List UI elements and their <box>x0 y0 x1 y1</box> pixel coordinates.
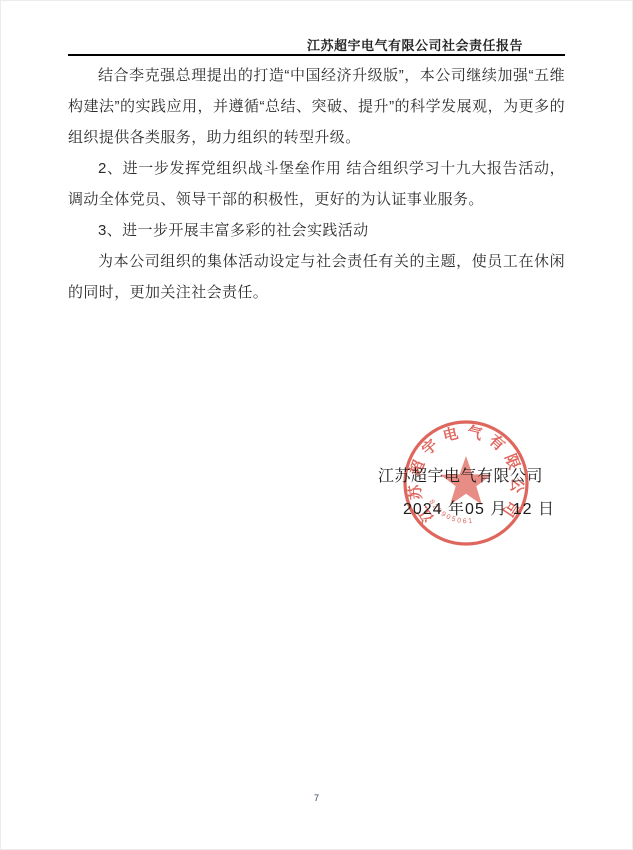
header-rule <box>68 54 565 56</box>
document-page: 江苏超宇电气有限公司社会责任报告 结合李克强总理提出的打造“中国经济升级版”，本… <box>0 0 633 850</box>
signature-date: 2024 年05 月 12 日 <box>403 496 555 519</box>
paragraph: 结合李克强总理提出的打造“中国经济升级版”，本公司继续加强“五维构建法”的实践应… <box>68 60 565 153</box>
paragraph: 3、进一步开展丰富多彩的社会实践活动 <box>68 215 565 246</box>
body-text: 结合李克强总理提出的打造“中国经济升级版”，本公司继续加强“五维构建法”的实践应… <box>68 60 565 308</box>
paragraph: 为本公司组织的集体活动设定与社会责任有关的主题，使员工在休闲的同时，更加关注社会… <box>68 246 565 308</box>
header-title: 江苏超宇电气有限公司社会责任报告 <box>68 35 523 54</box>
paragraph: 2、进一步发挥党组织战斗堡垒作用 结合组织学习十九大报告活动，调动全体党员、领导… <box>68 153 565 215</box>
signature-company-name: 江苏超宇电气有限公司 <box>378 463 543 486</box>
page-number: 7 <box>0 793 633 803</box>
